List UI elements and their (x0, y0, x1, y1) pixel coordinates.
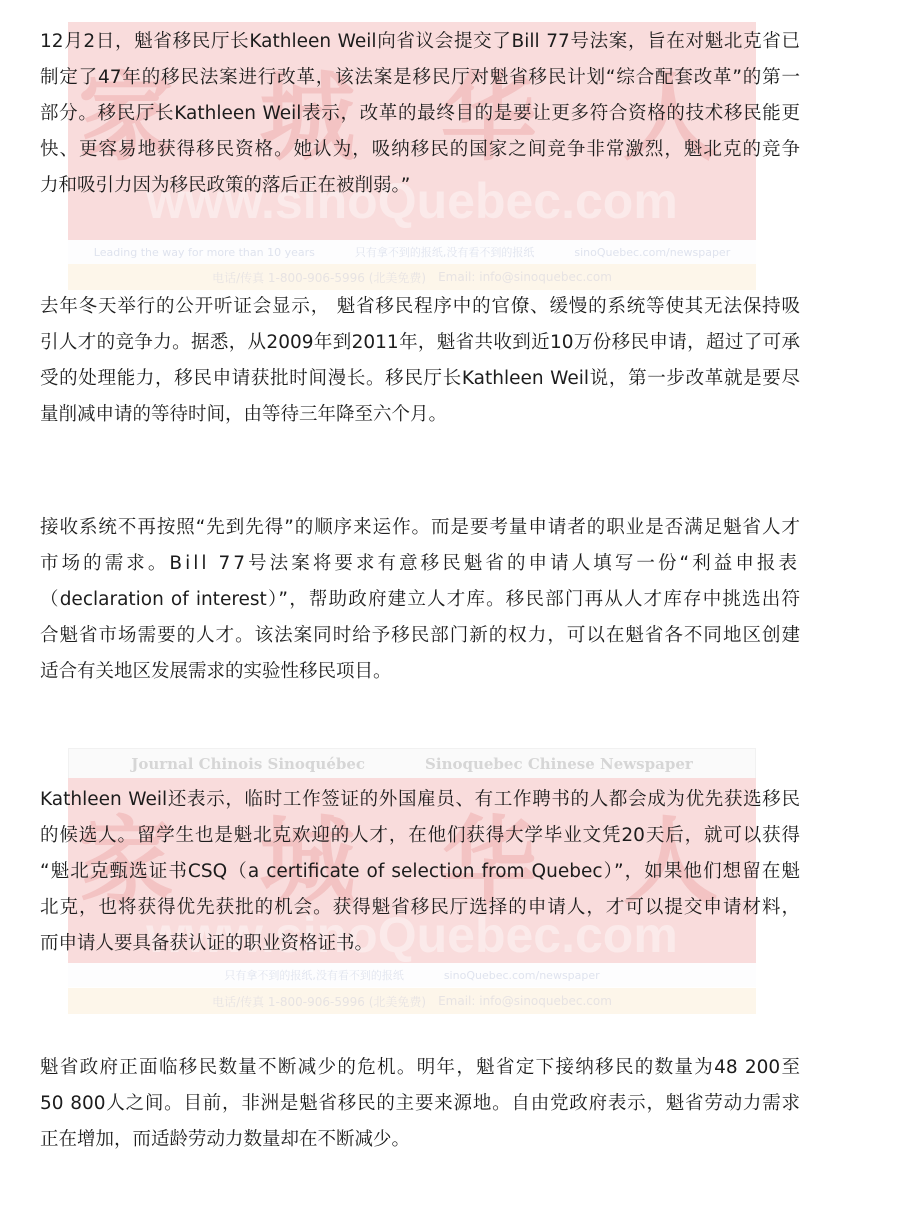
watermark-slogan-en: Leading the way for more than 10 years (94, 246, 315, 259)
text-line: 12月2日，魁省移民厅长Kathleen Weil向省议会提交了Bill 77号… (40, 24, 800, 60)
watermark-slogan-url: sinoQuebec.com/newspaper (444, 969, 600, 982)
text-line: 制定了47年的移民法案进行改革，该法案是移民厅对魁省移民计划“综合配套改革”的第… (40, 60, 800, 96)
text-line: 力和吸引力因为移民政策的落后正在被削弱。” (40, 168, 840, 204)
text-line: 引人才的竞争力。据悉，从2009年到2011年，魁省共收到近10万份移民申请，超… (40, 325, 800, 361)
paragraph-5: 魁省政府正面临移民数量不断减少的危机。明年，魁省定下接纳移民的数量为48 200… (40, 1050, 840, 1158)
paragraph-1: 12月2日，魁省移民厅长Kathleen Weil向省议会提交了Bill 77号… (40, 24, 840, 204)
text-line: Kathleen Weil还表示，临时工作签证的外国雇员、有工作聘书的人都会成为… (40, 782, 800, 818)
paragraph-4: Kathleen Weil还表示，临时工作签证的外国雇员、有工作聘书的人都会成为… (40, 782, 840, 962)
watermark-header: Journal Chinois Sinoquébec Sinoquebec Ch… (68, 748, 756, 780)
text-line: 适合有关地区发展需求的实验性移民项目。 (40, 654, 840, 690)
text-line: 魁省政府正面临移民数量不断减少的危机。明年，魁省定下接纳移民的数量为48 200… (40, 1050, 800, 1086)
watermark-phone: 电话/传真 1-800-906-5996 (北美免费) (212, 269, 426, 286)
text-line: 市场的需求。Bill 77号法案将要求有意移民魁省的申请人填写一份“利益申报表 (40, 546, 800, 582)
watermark-slogan: 只有拿不到的报纸,没有看不到的报纸 sinoQuebec.com/newspap… (68, 963, 756, 987)
text-line: 接收系统不再按照“先到先得”的顺序来运作。而是要考量申请者的职业是否满足魁省人才 (40, 510, 800, 546)
watermark-email: Email: info@sinoquebec.com (438, 270, 612, 284)
text-line: 的候选人。留学生也是魁北克欢迎的人才，在他们获得大学毕业文凭20天后，就可以获得 (40, 818, 800, 854)
watermark-contact: 电话/传真 1-800-906-5996 (北美免费) Email: info@… (68, 264, 756, 290)
watermark-slogan-cn: 只有拿不到的报纸,没有看不到的报纸 (224, 967, 404, 983)
text-line: 去年冬天举行的公开听证会显示， 魁省移民程序中的官僚、缓慢的系统等使其无法保持吸 (40, 289, 800, 325)
paragraph-2: 去年冬天举行的公开听证会显示， 魁省移民程序中的官僚、缓慢的系统等使其无法保持吸… (40, 289, 840, 433)
text-line: 合魁省市场需要的人才。该法案同时给予移民部门新的权力，可以在魁省各不同地区创建 (40, 618, 800, 654)
text-line: “魁北克甄选证书CSQ（a certificate of selection f… (40, 854, 800, 890)
text-line: 快、更容易地获得移民资格。她认为，吸纳移民的国家之间竞争非常激烈，魁北克的竞争 (40, 132, 800, 168)
text-line: 部分。移民厅长Kathleen Weil表示，改革的最终目的是要让更多符合资格的… (40, 96, 800, 132)
text-line: 量削减申请的等待时间，由等待三年降至六个月。 (40, 397, 840, 433)
watermark-slogan: Leading the way for more than 10 years 只… (68, 240, 756, 264)
watermark-slogan-url: sinoQuebec.com/newspaper (574, 246, 730, 259)
text-line: 正在增加，而适龄劳动力数量却在不断减少。 (40, 1122, 840, 1158)
watermark-slogan-cn: 只有拿不到的报纸,没有看不到的报纸 (355, 244, 535, 260)
watermark-phone: 电话/传真 1-800-906-5996 (北美免费) (212, 993, 426, 1010)
watermark-header-right: Sinoquebec Chinese Newspaper (425, 755, 693, 773)
text-line: 北克，也将获得优先获批的机会。获得魁省移民厅选择的申请人，才可以提交申请材料， (40, 890, 800, 926)
text-line: 而申请人要具备获认证的职业资格证书。 (40, 926, 840, 962)
watermark-contact: 电话/传真 1-800-906-5996 (北美免费) Email: info@… (68, 988, 756, 1014)
text-line: 50 800人之间。目前，非洲是魁省移民的主要来源地。自由党政府表示，魁省劳动力… (40, 1086, 800, 1122)
paragraph-3: 接收系统不再按照“先到先得”的顺序来运作。而是要考量申请者的职业是否满足魁省人才… (40, 510, 840, 690)
watermark-header-left: Journal Chinois Sinoquébec (131, 755, 365, 773)
text-line: （declaration of interest）”，帮助政府建立人才库。移民部… (40, 582, 800, 618)
watermark-email: Email: info@sinoquebec.com (438, 994, 612, 1008)
text-line: 受的处理能力，移民申请获批时间漫长。移民厅长Kathleen Weil说，第一步… (40, 361, 800, 397)
